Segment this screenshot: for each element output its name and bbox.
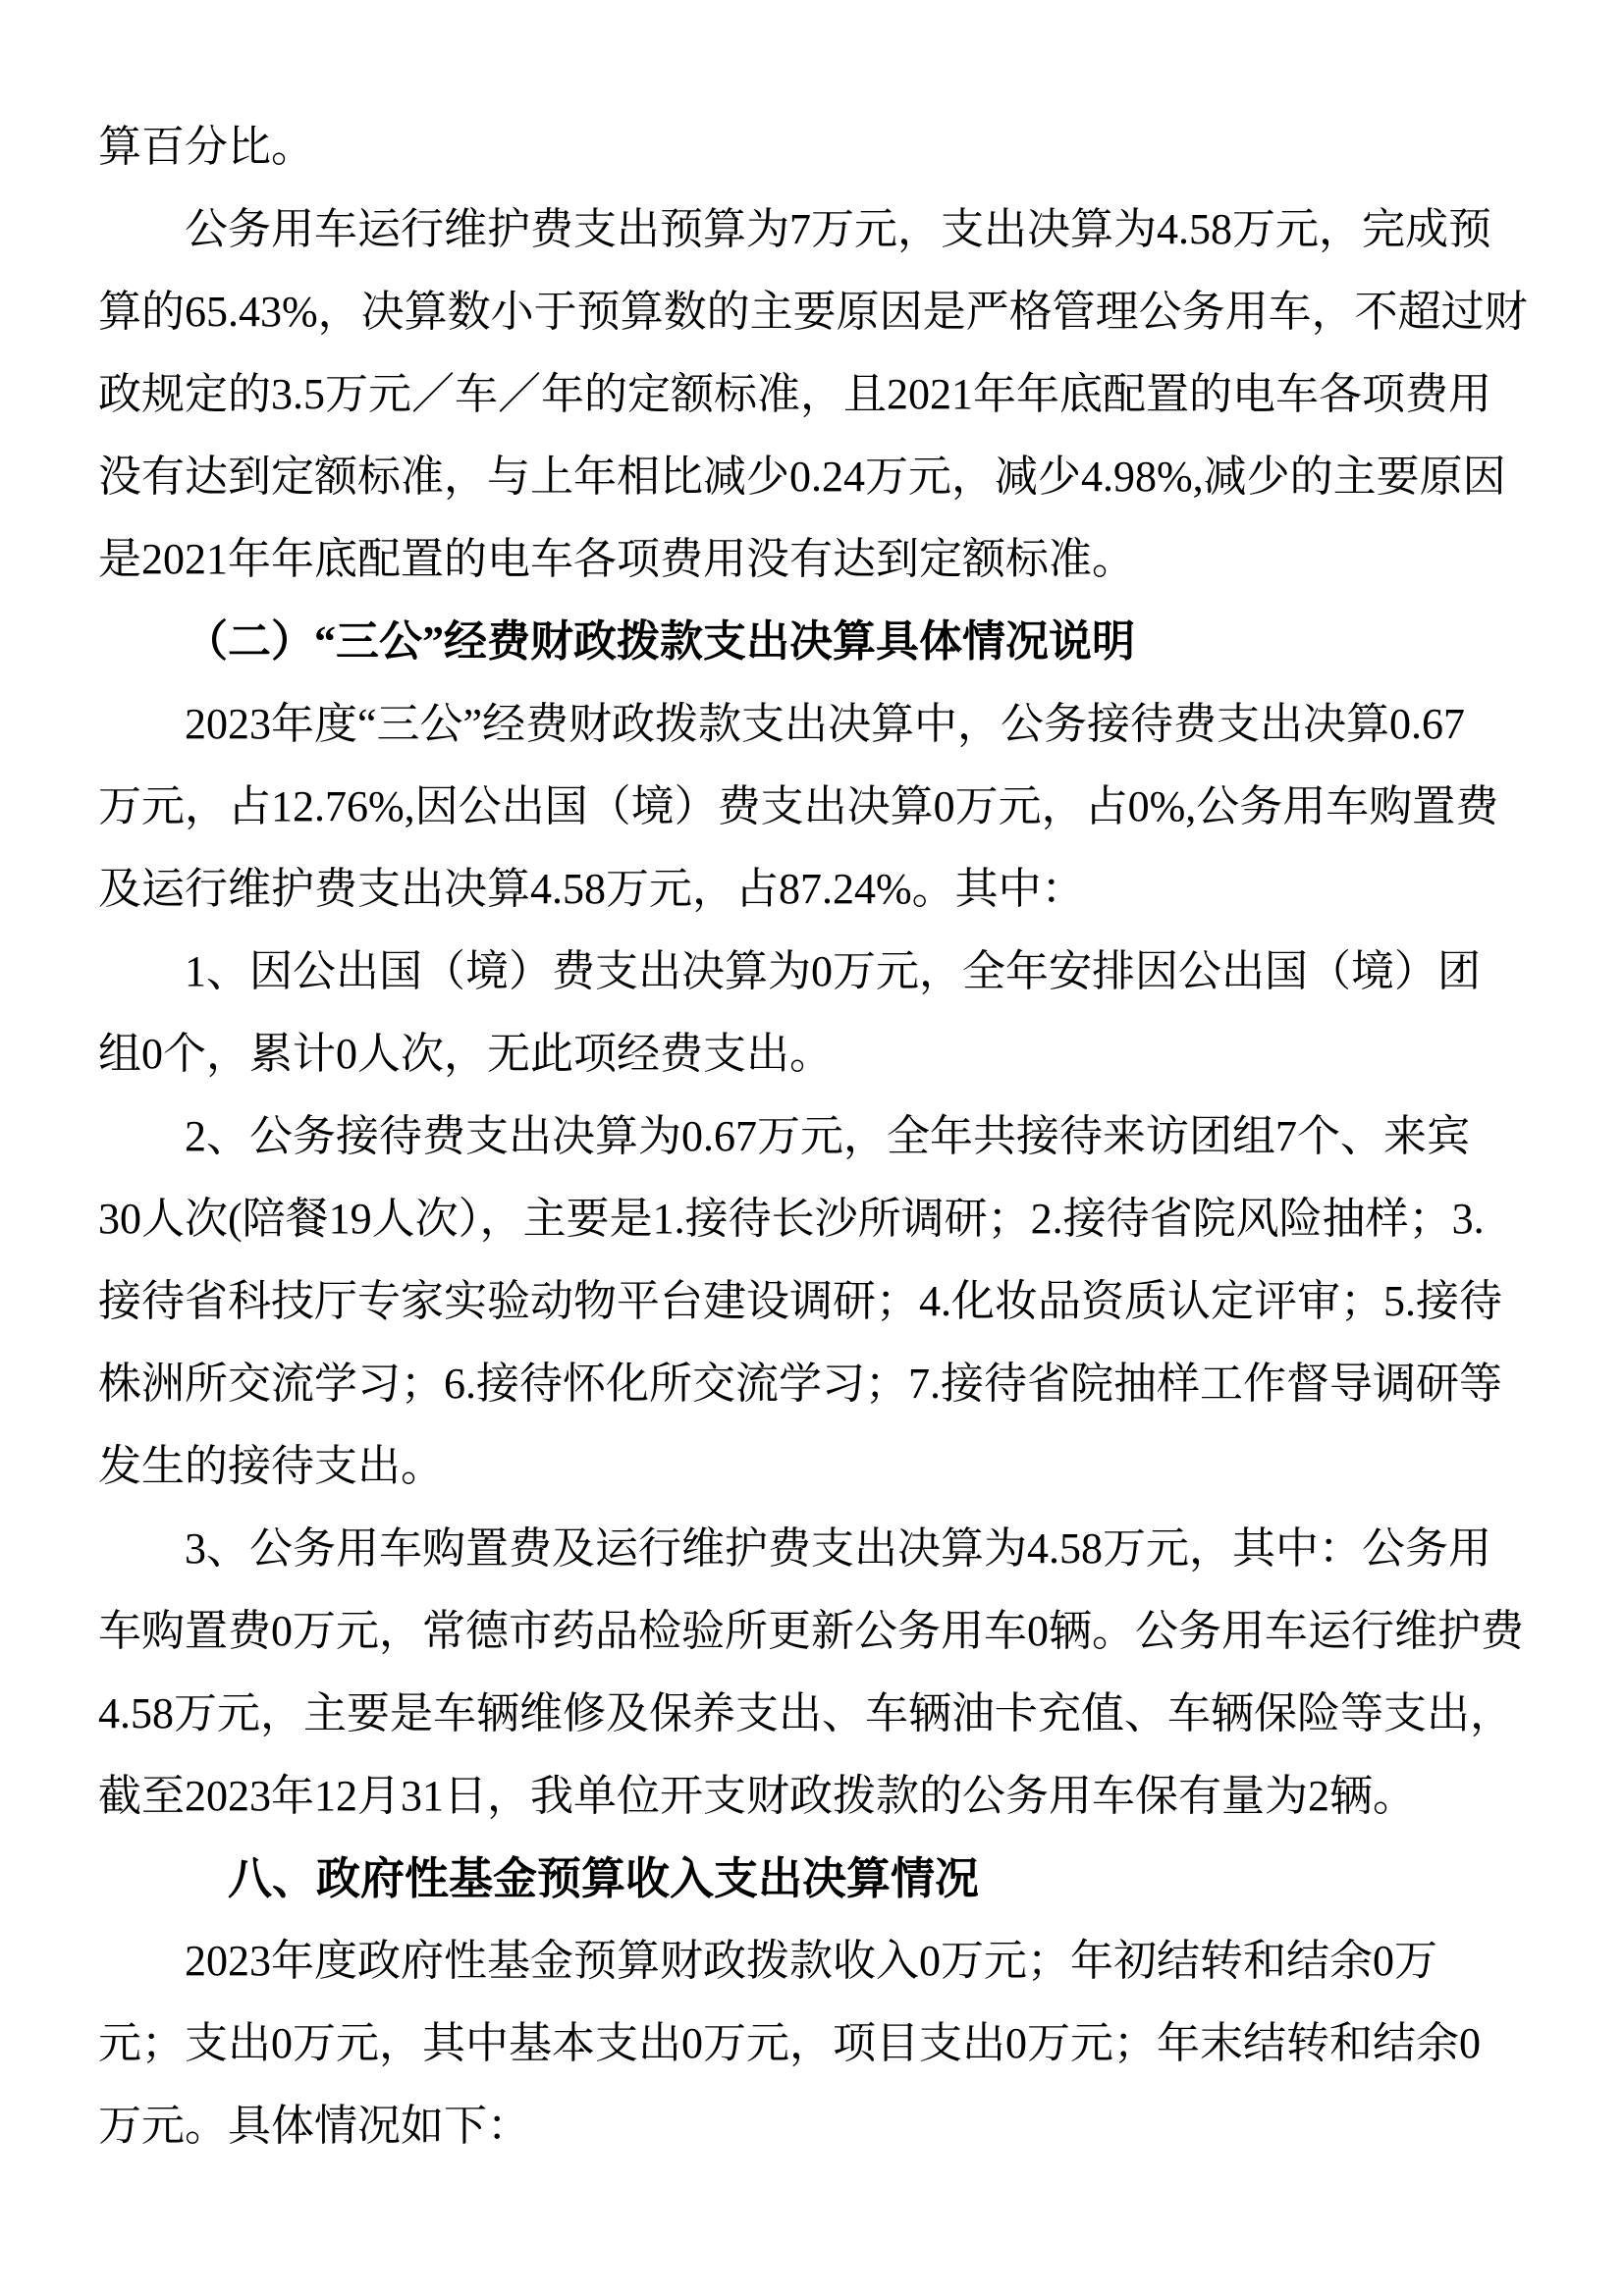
- subsection-heading: （二）“三公”经费财政拨款支出决算具体情况说明: [98, 601, 1526, 683]
- body-text-line: 及运行维护费支出决算4.58万元，占87.24%。其中：: [98, 848, 1526, 931]
- body-text-line: 公务用车运行维护费支出预算为7万元，支出决算为4.58万元，完成预: [98, 188, 1526, 271]
- body-text-line: 2、公务接待费支出决算为0.67万元，全年共接待来访团组7个、来宾: [98, 1095, 1526, 1178]
- document-content: 算百分比。 公务用车运行维护费支出预算为7万元，支出决算为4.58万元，完成预 …: [98, 106, 1526, 2167]
- document-page: 算百分比。 公务用车运行维护费支出预算为7万元，支出决算为4.58万元，完成预 …: [0, 0, 1624, 2296]
- body-text-line: 车购置费0万元，常德市药品检验所更新公务用车0辆。公务用车运行维护费: [98, 1590, 1526, 1673]
- body-text-line: 政规定的3.5万元／车／年的定额标准，且2021年年底配置的电车各项费用: [98, 353, 1526, 436]
- body-text-line: 株洲所交流学习；6.接待怀化所交流学习；7.接待省院抽样工作督导调研等: [98, 1343, 1526, 1425]
- body-text-line: 算的65.43%，决算数小于预算数的主要原因是严格管理公务用车，不超过财: [98, 271, 1526, 353]
- body-text-line: 万元，占12.76%,因公出国（境）费支出决算0万元，占0%,公务用车购置费: [98, 766, 1526, 848]
- body-text-line: 3、公务用车购置费及运行维护费支出决算为4.58万元，其中：公务用: [98, 1508, 1526, 1590]
- body-text-line: 2023年度政府性基金预算财政拨款收入0万元；年初结转和结余0万: [98, 1920, 1526, 2002]
- section-heading: 八、政府性基金预算收入支出决算情况: [98, 1838, 1526, 1920]
- body-text-line: 算百分比。: [98, 106, 1526, 188]
- body-text-line: 2023年度“三公”经费财政拨款支出决算中，公务接待费支出决算0.67: [98, 683, 1526, 766]
- body-text-line: 接待省科技厅专家实验动物平台建设调研；4.化妆品资质认定评审；5.接待: [98, 1260, 1526, 1343]
- body-text-line: 元；支出0万元，其中基本支出0万元，项目支出0万元；年末结转和结余0: [98, 2002, 1526, 2085]
- body-text-line: 组0个，累计0人次，无此项经费支出。: [98, 1013, 1526, 1095]
- body-text-line: 30人次(陪餐19人次），主要是1.接待长沙所调研；2.接待省院风险抽样；3.: [98, 1178, 1526, 1260]
- body-text-line: 没有达到定额标准，与上年相比减少0.24万元，减少4.98%,减少的主要原因: [98, 436, 1526, 518]
- body-text-line: 1、因公出国（境）费支出决算为0万元，全年安排因公出国（境）团: [98, 931, 1526, 1013]
- body-text-line: 万元。具体情况如下：: [98, 2085, 1526, 2167]
- body-text-line: 4.58万元，主要是车辆维修及保养支出、车辆油卡充值、车辆保险等支出，: [98, 1673, 1526, 1755]
- body-text-line: 是2021年年底配置的电车各项费用没有达到定额标准。: [98, 518, 1526, 601]
- body-text-line: 截至2023年12月31日，我单位开支财政拨款的公务用车保有量为2辆。: [98, 1755, 1526, 1838]
- body-text-line: 发生的接待支出。: [98, 1425, 1526, 1508]
